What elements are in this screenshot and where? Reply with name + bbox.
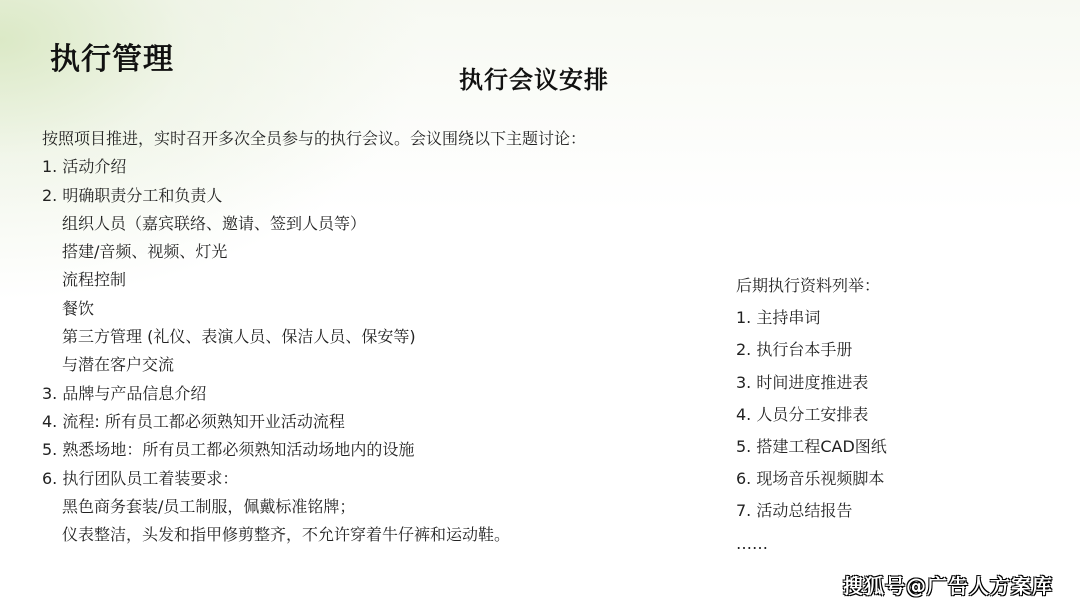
sub-topic-line: 搭建/音频、视频、灯光 [42,238,682,266]
materials-item: 2. 执行台本手册 [736,334,1056,366]
materials-list: 后期执行资料列举： 1. 主持串词 2. 执行台本手册 3. 时间进度推进表 4… [736,270,1056,560]
sub-topic-line: 第三方管理 (礼仪、表演人员、保洁人员、保安等) [42,323,682,351]
topic-line: 1. 活动介绍 [42,153,682,181]
materials-item: 7. 活动总结报告 [736,495,1056,527]
materials-item: 3. 时间进度推进表 [736,367,1056,399]
topic-line: 3. 品牌与产品信息介绍 [42,380,682,408]
materials-heading: 后期执行资料列举： [736,270,1056,302]
topic-line: 4. 流程: 所有员工都必须熟知开业活动流程 [42,408,682,436]
meeting-topics: 按照项目推进，实时召开多次全员参与的执行会议。会议围绕以下主题讨论： 1. 活动… [42,125,682,549]
section-title: 执行管理 [50,34,174,78]
meeting-intro: 按照项目推进，实时召开多次全员参与的执行会议。会议围绕以下主题讨论： [42,125,682,153]
sub-topic-line: 与潜在客户交流 [42,351,682,379]
slide-title: 执行会议安排 [459,60,609,95]
sub-topic-line: 流程控制 [42,266,682,294]
sub-topic-line: 黑色商务套装/员工制服，佩戴标准铭牌； [42,493,682,521]
topic-line: 5. 熟悉场地：所有员工都必须熟知活动场地内的设施 [42,436,682,464]
topic-line: 2. 明确职责分工和负责人 [42,182,682,210]
watermark: 搜狐号@广告人方案库 [843,570,1053,599]
materials-item: 4. 人员分工安排表 [736,399,1056,431]
topic-line: 6. 执行团队员工着装要求： [42,465,682,493]
sub-topic-line: 仪表整洁，头发和指甲修剪整齐，不允许穿着牛仔裤和运动鞋。 [42,521,682,549]
materials-item: 5. 搭建工程CAD图纸 [736,431,1056,463]
sub-topic-line: 餐饮 [42,295,682,323]
sub-topic-line: 组织人员（嘉宾联络、邀请、签到人员等） [42,210,682,238]
materials-ellipsis: …… [736,528,1056,560]
materials-item: 6. 现场音乐视频脚本 [736,463,1056,495]
materials-item: 1. 主持串词 [736,302,1056,334]
